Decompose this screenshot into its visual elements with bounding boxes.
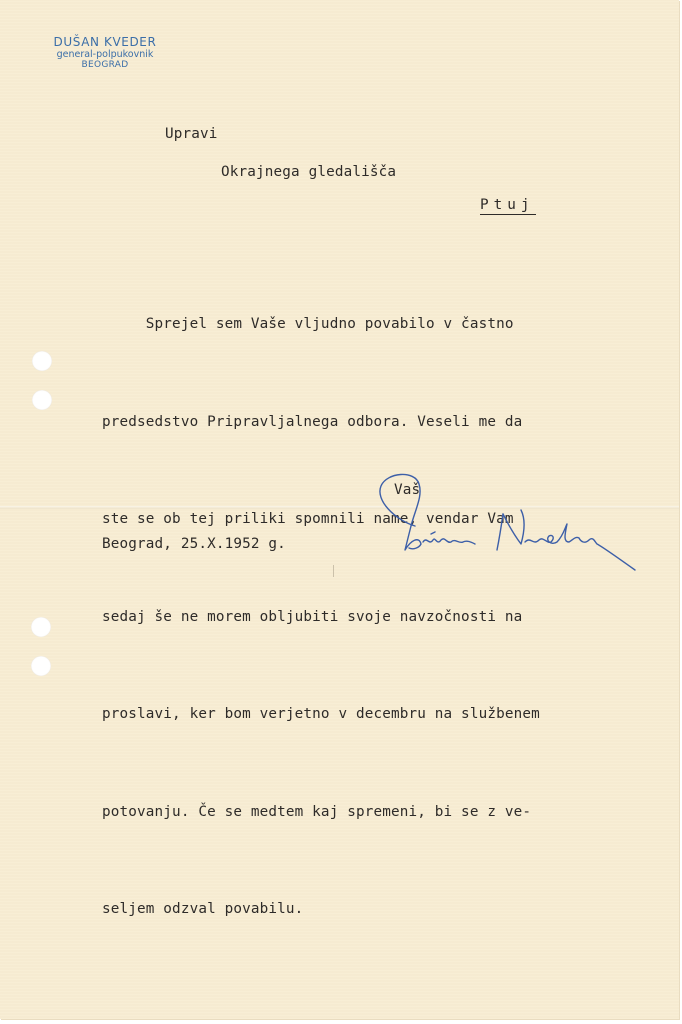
- punch-hole: [31, 617, 51, 637]
- body-line: Sprejel sem Vaše vljudno povabilo v čast…: [102, 308, 540, 341]
- letterhead-name: DUŠAN KVEDER: [40, 35, 170, 49]
- place-and-date: Beograd, 25.X.1952 g.: [102, 536, 286, 552]
- recipient-line-2: Okrajnega gledališča: [221, 164, 396, 180]
- body-line: proslavi, ker bom verjetno v decembru na…: [102, 698, 540, 731]
- recipient-city: Ptuj: [480, 197, 536, 215]
- body-line: predsedstvo Pripravljalnega odbora. Vese…: [102, 406, 540, 439]
- punch-hole: [32, 351, 52, 371]
- punch-hole: [32, 390, 52, 410]
- recipient-line-1: Upravi: [165, 126, 218, 142]
- letterhead-city: BEOGRAD: [40, 60, 170, 71]
- letter-body: Sprejel sem Vaše vljudno povabilo v čast…: [102, 243, 540, 991]
- letterhead-title: general-polpukovnik: [40, 49, 170, 60]
- body-line: seljem odzval povabilu.: [102, 893, 540, 926]
- punch-hole: [31, 656, 51, 676]
- handwritten-signature: [375, 470, 640, 580]
- letter-paper: DUŠAN KVEDER general-polpukovnik BEOGRAD…: [0, 0, 679, 1019]
- body-line: potovanju. Če se medtem kaj spremeni, bi…: [102, 796, 540, 829]
- letterhead: DUŠAN KVEDER general-polpukovnik BEOGRAD: [40, 35, 170, 71]
- body-line: sedaj še ne morem obljubiti svoje navzoč…: [102, 601, 540, 634]
